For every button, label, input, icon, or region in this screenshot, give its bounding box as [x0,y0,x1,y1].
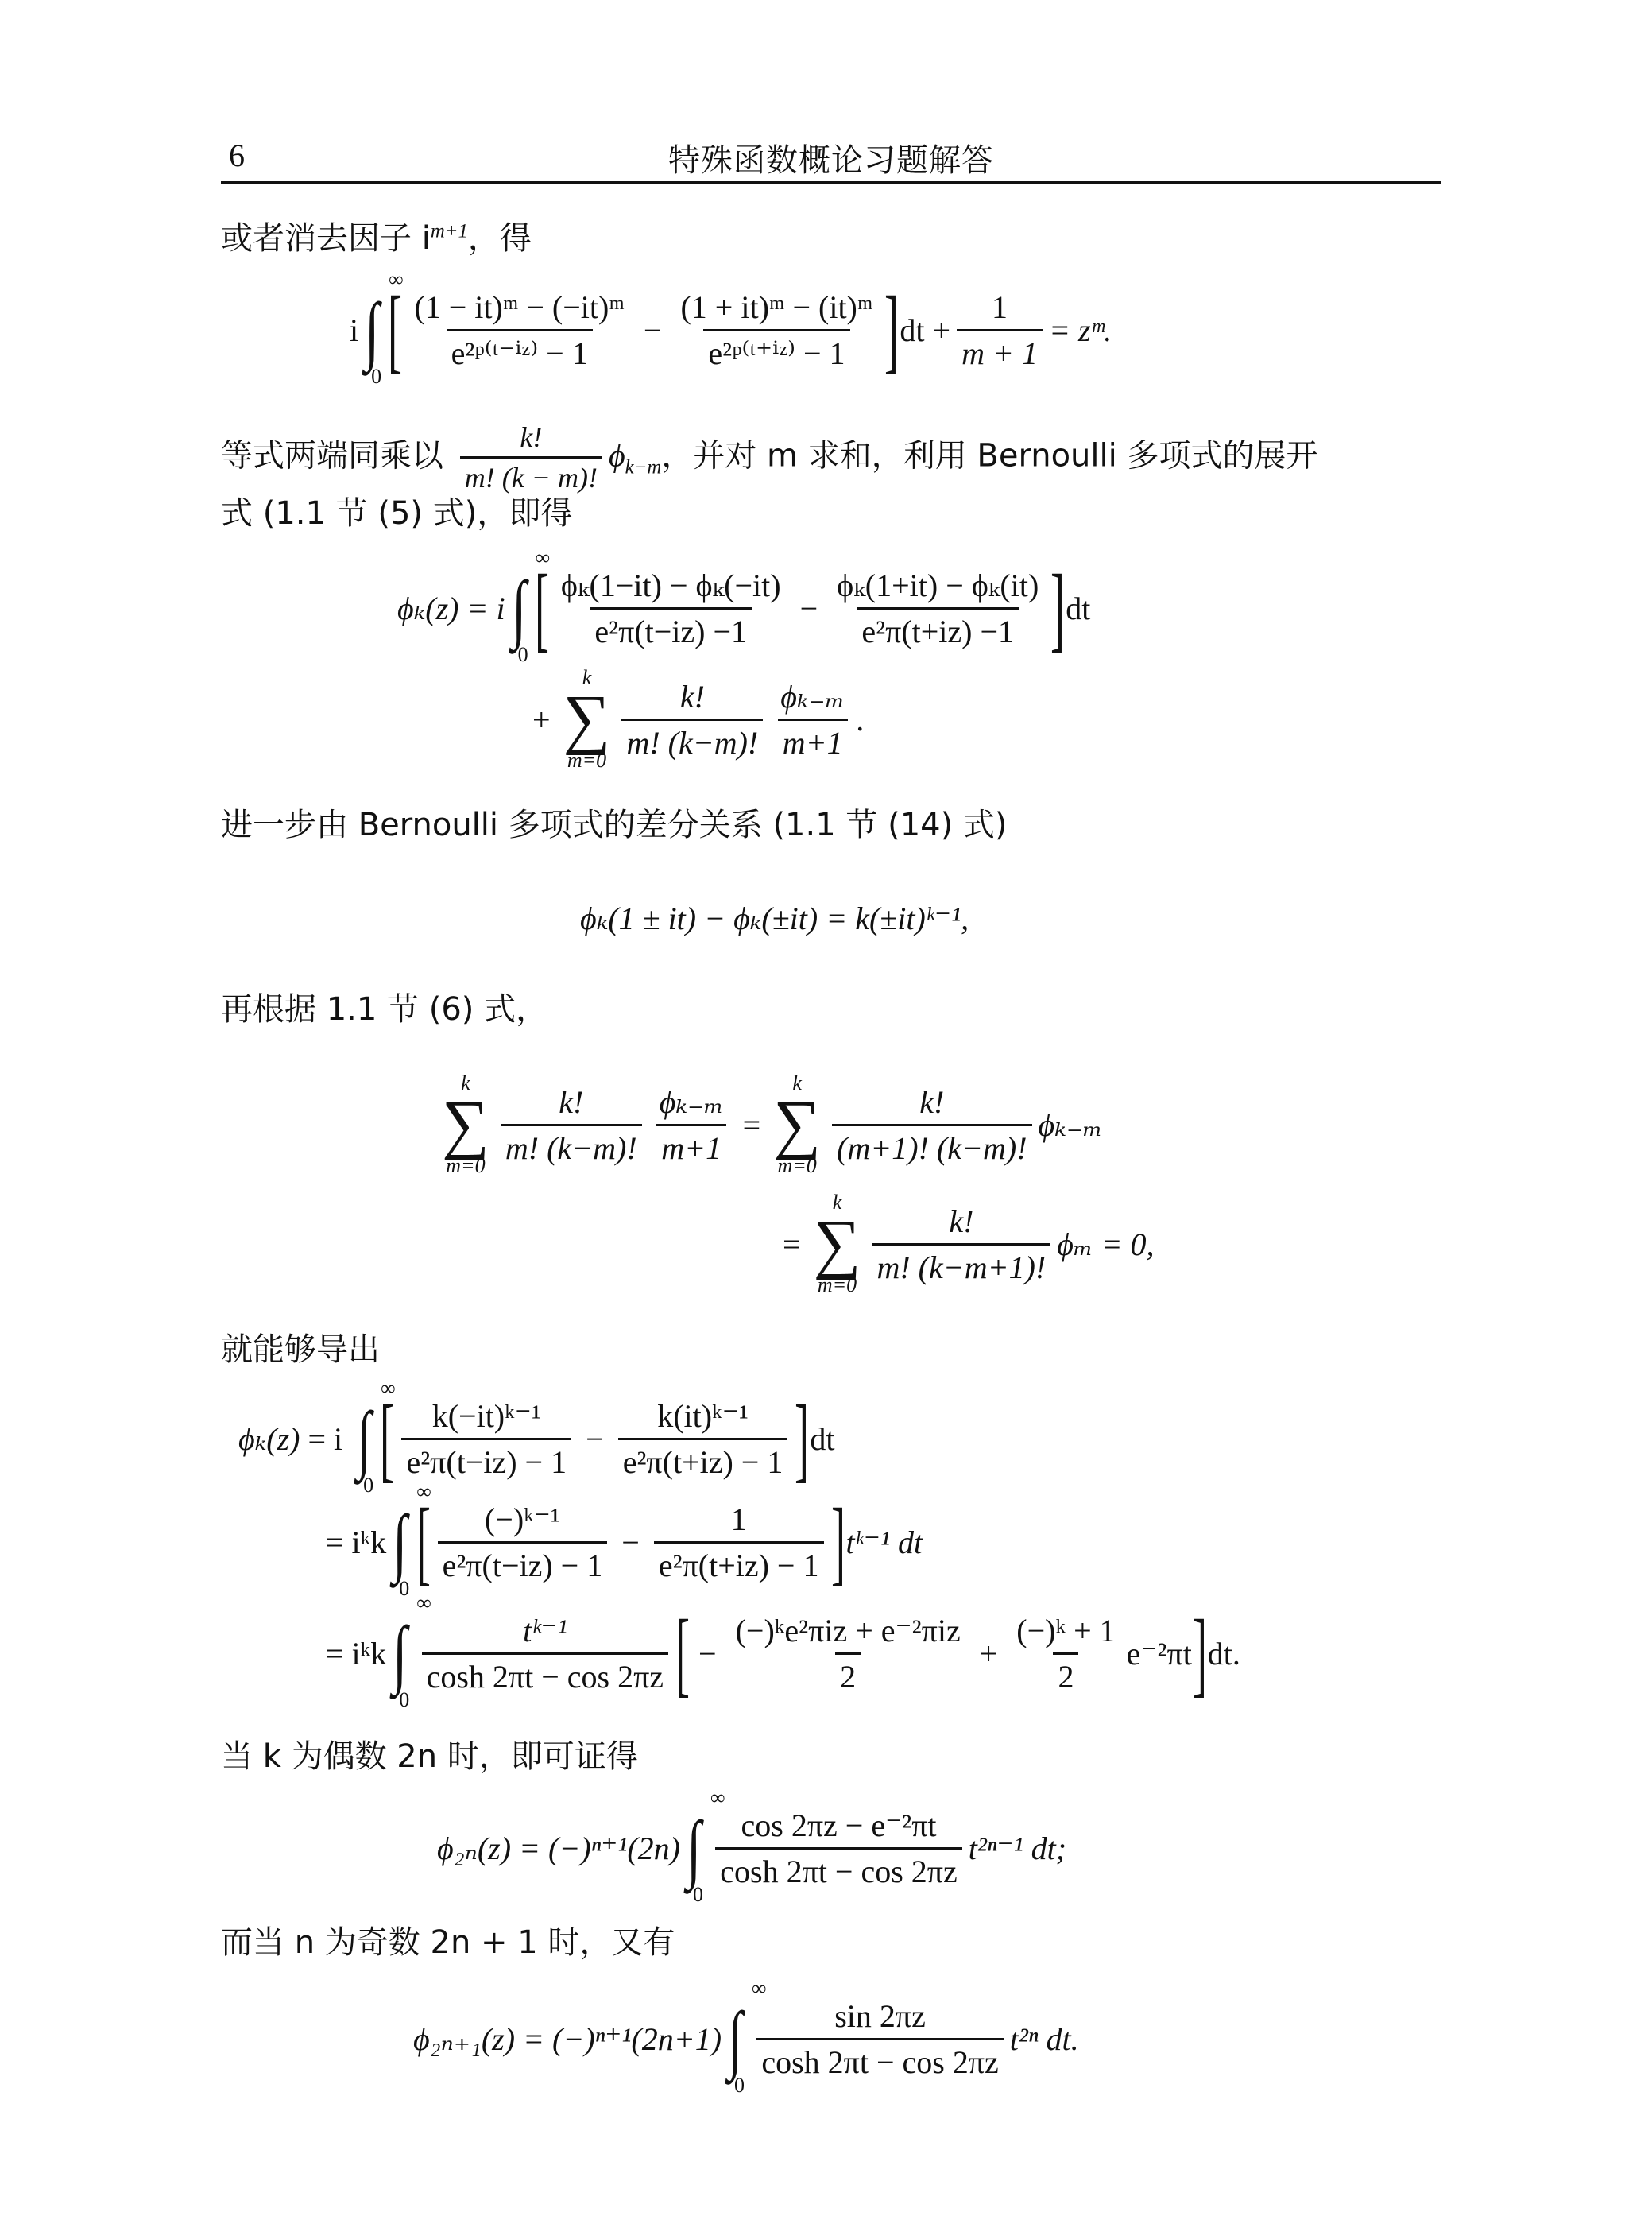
equation-2-line-1: ϕₖ(z) = i ∫∞0 [ ϕₖ(1−it) − ϕₖ(−it)e²π(t−… [397,564,1090,652]
integral-sign: ∫∞0 [509,570,529,646]
summation-sign: k∑m=0 [814,1191,861,1296]
book-page: 6 特殊函数概论习题解答 或者消去因子 im+1，得 i ∫∞0 [ (1 − … [0,0,1652,2216]
integral-sign: ∫∞0 [389,1504,410,1580]
fraction: k!m! (k − m)! [460,421,602,494]
fraction: (1 + it)ᵐ − (it)ᵐe²ᵖ⁽ᵗ⁺ⁱᶻ⁾ − 1 [675,289,877,372]
fraction: (−)ᵏ⁻¹e²π(t−iz) − 1 [438,1501,608,1584]
left-bracket: [ [380,1391,394,1486]
paragraph-8: 而当 n 为奇数 2n + 1 时，又有 [221,1916,675,1970]
equation-3: ϕₖ(1 ± it) − ϕₖ(±it) = k(±it)ᵏ⁻¹, [580,890,969,946]
right-bracket: ] [1193,1606,1207,1701]
left-bracket: [ [388,282,402,378]
fraction: k!m! (k−m+1)! [872,1203,1050,1286]
paragraph-1: 或者消去因子 im+1，得 [221,211,532,265]
integral-sign: ∫∞0 [354,1400,374,1477]
page-header: 6 特殊函数概论习题解答 [221,134,1441,181]
integral-sign: ∫∞0 [362,292,382,368]
fraction: k(−it)ᵏ⁻¹e²π(t−iz) − 1 [401,1397,571,1481]
paragraph-6: 就能够导出 [221,1323,380,1377]
fraction: ϕₖ₋ₘm+1 [776,678,849,761]
fraction: k!(m+1)! (k−m)! [832,1083,1031,1167]
integral-sign: ∫∞0 [683,1810,704,1886]
fraction: 1e²π(t+iz) − 1 [654,1501,824,1584]
right-bracket: ] [1050,560,1065,656]
fraction: k(it)ᵏ⁻¹e²π(t+iz) − 1 [618,1397,788,1481]
fraction: (1 − it)ᵐ − (−it)ᵐe²ᵖ⁽ᵗ⁻ⁱᶻ⁾ − 1 [409,289,629,372]
left-bracket: [ [535,560,549,656]
right-bracket: ] [830,1494,845,1590]
right-bracket: ] [884,282,899,378]
equation-4-line-2: = k∑m=0 k!m! (k−m+1)! ϕₘ = 0, [775,1184,1154,1304]
summation-sign: k∑m=0 [773,1072,821,1177]
integral-sign: ∫∞0 [725,2001,745,2077]
fraction: cos 2πz − e⁻²πtcosh 2πt − cos 2πz [715,1807,961,1890]
summation-sign: k∑m=0 [442,1072,489,1177]
equation-5-line-2: = iᵏk ∫∞0 [ (−)ᵏ⁻¹e²π(t−iz) − 1 − 1e²π(t… [326,1498,923,1586]
fraction: k!m! (k−m)! [621,678,763,761]
paragraph-3: 式 (1.1 节 (5) 式)，即得 [221,486,572,540]
integral-sign: ∫∞0 [389,1615,410,1691]
equation-6: ϕ₂ₙ(z) = (−)ⁿ⁺¹(2n) ∫∞0 cos 2πz − e⁻²πtc… [437,1804,1066,1892]
fraction: tᵏ⁻¹cosh 2πt − cos 2πz [422,1612,668,1695]
fraction: (−)ᵏe²πiz + e⁻²πiz2 [731,1612,965,1695]
summation-sign: k∑m=0 [563,667,611,772]
equation-7: ϕ₂ₙ₊₁(z) = (−)ⁿ⁺¹(2n+1) ∫∞0 sin 2πzcosh … [413,1995,1079,2082]
paragraph-4: 进一步由 Bernoulli 多项式的差分关系 (1.1 节 (14) 式) [221,798,1008,852]
running-title: 特殊函数概论习题解答 [221,135,1441,180]
fraction: ϕₖ(1+it) − ϕₖ(it)e²π(t+iz) −1 [832,567,1043,650]
fraction: ϕₖ(1−it) − ϕₖ(−it)e²π(t−iz) −1 [556,567,786,650]
equation-4-line-1: k∑m=0 k!m! (k−m)! ϕₖ₋ₘm+1 = k∑m=0 k!(m+1… [437,1065,1102,1184]
equation-1: i ∫∞0 [ (1 − it)ᵐ − (−it)ᵐe²ᵖ⁽ᵗ⁻ⁱᶻ⁾ − 1 … [350,286,1112,374]
equation-5-line-1: ϕₖ(z) = i ∫∞0 [ k(−it)ᵏ⁻¹e²π(t−iz) − 1 −… [238,1395,834,1482]
equation-5-line-3: = iᵏk ∫∞0 tᵏ⁻¹cosh 2πt − cos 2πz [ − (−)… [326,1606,1240,1701]
fraction: ϕₖ₋ₘm+1 [655,1083,729,1167]
header-rule [221,181,1441,184]
paragraph-5: 再根据 1.1 节 (6) 式， [221,982,547,1036]
left-bracket: [ [416,1494,431,1590]
right-bracket: ] [795,1391,809,1486]
equation-2-line-2: + k∑m=0 k!m! (k−m)! ϕₖ₋ₘm+1 . [524,660,864,779]
left-bracket: [ [675,1606,690,1701]
fraction: 1m + 1 [957,289,1043,372]
fraction: k!m! (k−m)! [501,1083,642,1167]
fraction: (−)ᵏ + 12 [1012,1612,1120,1695]
paragraph-7: 当 k 为偶数 2n 时，即可证得 [221,1730,638,1784]
paragraph-2: 等式两端同乘以 k!m! (k − m)!ϕk−m，并对 m 求和，利用 Ber… [221,421,1317,494]
fraction: sin 2πzcosh 2πt − cos 2πz [756,1997,1003,2081]
